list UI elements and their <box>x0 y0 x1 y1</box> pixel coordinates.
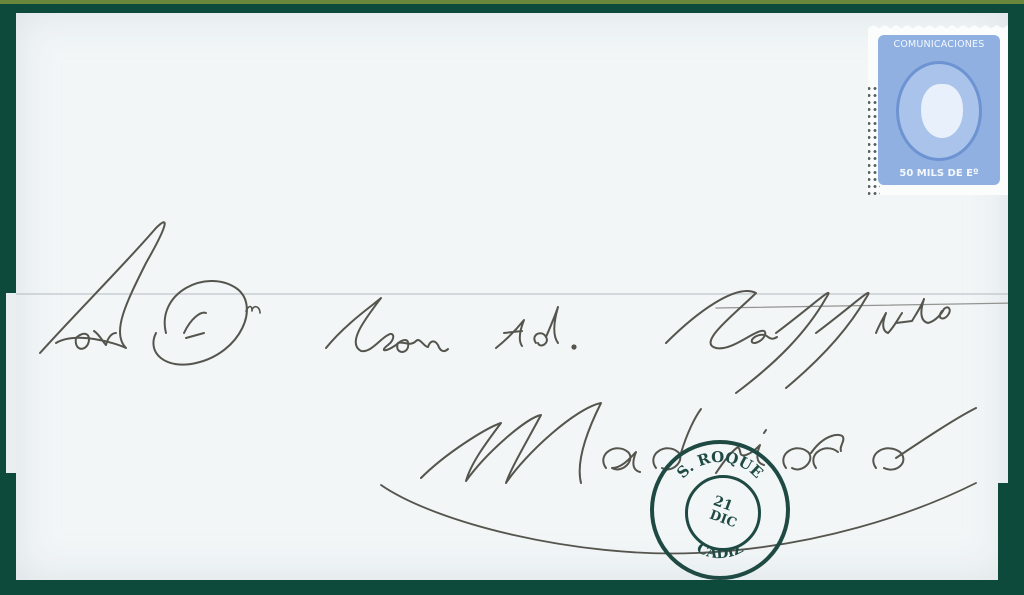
envelope: COMUNICACIONES 50 MILS DE Eº Sor D.n Leo… <box>16 13 1008 580</box>
scan-edge-strip <box>0 0 1024 4</box>
postmark: S. ROQUE CADIZ 21 DIC <box>650 440 790 580</box>
left-fold <box>6 293 16 473</box>
handwritten-address: Sor D.n Leon Ad. Laffitte <box>16 13 1008 580</box>
postmark-date-circle: 21 DIC <box>685 475 761 551</box>
